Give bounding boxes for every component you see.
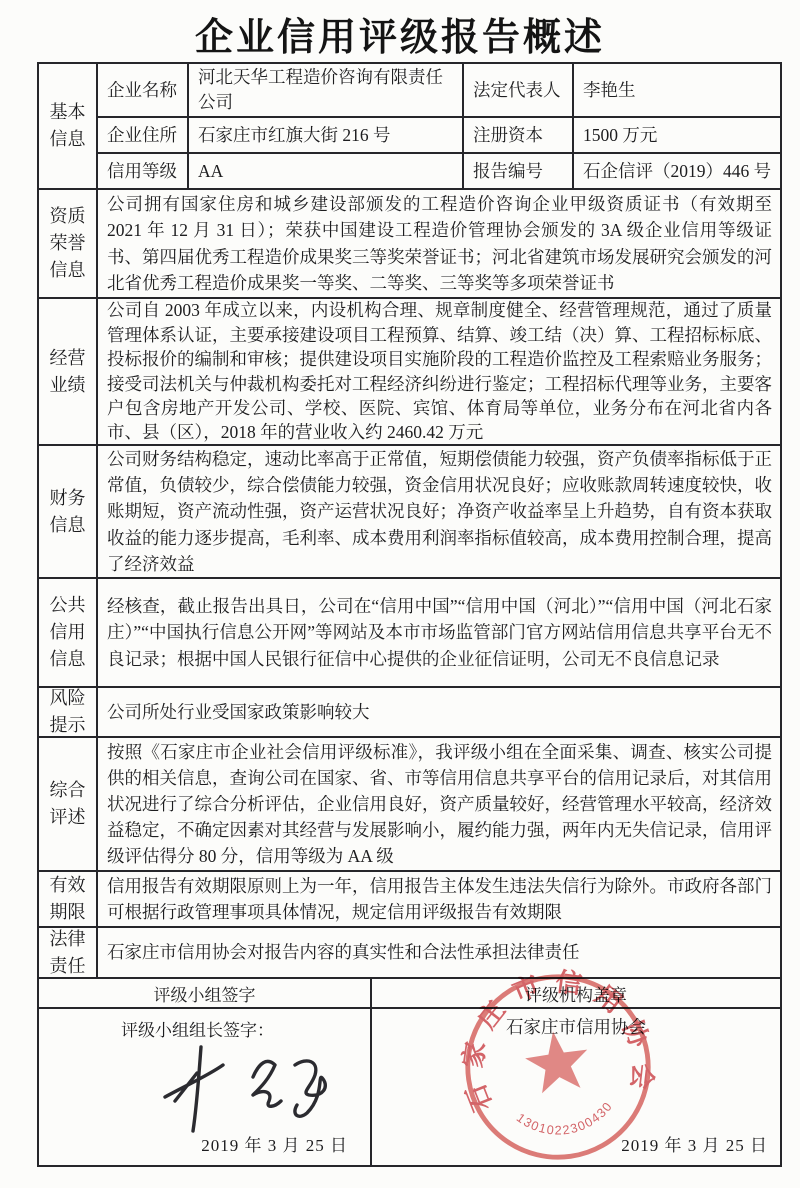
field-company-name-value: 河北天华工程造价咨询有限责任公司 [189,64,464,116]
team-signature-cell: 评级小组组长签字： 2019 年 3 月 25 日 [39,1009,372,1165]
agency-seal-date: 2019 年 3 月 25 日 [621,1131,768,1156]
section-label-business: 经营业绩 [39,299,98,444]
section-text-business: 公司自 2003 年成立以来，内设机构合理、规章制度健全、经营管理规范，通过了质… [107,299,772,444]
section-text-legal: 石家庄市信用协会对报告内容的真实性和合法性承担法律责任 [107,939,772,966]
field-capital-value: 1500 万元 [574,118,780,152]
field-legal-rep-value: 李艳生 [574,64,780,116]
handwritten-signature [157,1035,342,1135]
scanned-report-page: 企业信用评级报告概述 基本信息 企业名称 河北天华工程造价咨询有限责任公司 法定… [0,0,800,1188]
agency-seal-header: 评级机构盖章 [372,979,780,1007]
section-business-performance: 经营业绩 公司自 2003 年成立以来，内设机构合理、规章制度健全、经营管理规范… [39,297,780,444]
field-report-no-value: 石企信评（2019）446 号 [574,154,780,188]
field-legal-rep-label: 法定代表人 [464,64,574,116]
team-signature-header: 评级小组签字 [39,979,372,1007]
page-title: 企业信用评级报告概述 [0,6,800,61]
field-address-value: 石家庄市红旗大街 216 号 [189,118,464,152]
section-text-validity: 信用报告有效期限原则上为一年，信用报告主体发生违法失信行为除外。市政府各部门可根… [107,873,772,926]
section-label-honors: 资质荣誉信息 [39,190,98,297]
section-text-finance: 公司财务结构稳定，速动比率高于正常值，短期偿债能力较强，资产负债率指标低于正常值… [107,446,772,577]
section-risk: 风险提示 公司所处行业受国家政策影响较大 [39,686,780,736]
section-honors: 资质荣誉信息 公司拥有国家住房和城乡建设部颁发的工程造价咨询企业甲级资质证书（有… [39,188,780,297]
table-row: 企业住所 石家庄市红旗大街 216 号 注册资本 1500 万元 [98,116,780,152]
section-label-review: 综合评述 [39,738,98,870]
table-row: 信用等级 AA 报告编号 石企信评（2019）446 号 [98,152,780,188]
section-label-legal: 法律责任 [39,928,98,977]
signature-body-row: 评级小组组长签字： 2019 年 3 月 25 日 石家庄市信用协会 2019 … [39,1007,780,1165]
section-text-honors: 公司拥有国家住房和城乡建设部颁发的工程造价咨询企业甲级资质证书（有效期至 202… [107,191,772,297]
section-label-risk: 风险提示 [39,688,98,736]
field-report-no-label: 报告编号 [464,154,574,188]
section-validity: 有效期限 信用报告有效期限原则上为一年，信用报告主体发生违法失信行为除外。市政府… [39,870,780,926]
section-label-finance: 财务信息 [39,446,98,577]
field-address-label: 企业住所 [98,118,189,152]
field-capital-label: 注册资本 [464,118,574,152]
field-credit-grade-value: AA [189,154,464,188]
signature-header-row: 评级小组签字 评级机构盖章 [39,977,780,1007]
team-signature-date: 2019 年 3 月 25 日 [201,1131,348,1156]
section-public-credit: 公共信用信息 经核查，截止报告出具日，公司在“信用中国”“信用中国（河北）”“信… [39,577,780,686]
field-credit-grade-label: 信用等级 [98,154,189,188]
section-label-public-credit: 公共信用信息 [39,579,98,686]
field-company-name-label: 企业名称 [98,64,189,116]
section-label-validity: 有效期限 [39,872,98,926]
section-text-review: 按照《石家庄市企业社会信用评级标准》，我评级小组在全面采集、调查、核实公司提供的… [107,739,772,870]
section-text-public-credit: 经核查，截止报告出具日，公司在“信用中国”“信用中国（河北）”“信用中国（河北石… [107,593,772,673]
credit-report-table: 基本信息 企业名称 河北天华工程造价咨询有限责任公司 法定代表人 李艳生 企业住… [37,62,782,1167]
section-text-risk: 公司所处行业受国家政策影响较大 [107,699,772,726]
agency-seal-cell: 石家庄市信用协会 2019 年 3 月 25 日 [372,1009,780,1165]
section-legal: 法律责任 石家庄市信用协会对报告内容的真实性和合法性承担法律责任 [39,926,780,977]
section-basic-info: 基本信息 企业名称 河北天华工程造价咨询有限责任公司 法定代表人 李艳生 企业住… [39,64,780,188]
section-review: 综合评述 按照《石家庄市企业社会信用评级标准》，我评级小组在全面采集、调查、核实… [39,736,780,870]
table-row: 企业名称 河北天华工程造价咨询有限责任公司 法定代表人 李艳生 [98,64,780,116]
agency-org-name: 石家庄市信用协会 [372,1014,780,1039]
section-finance: 财务信息 公司财务结构稳定，速动比率高于正常值，短期偿债能力较强，资产负债率指标… [39,444,780,577]
section-label-basic-info: 基本信息 [39,64,98,188]
